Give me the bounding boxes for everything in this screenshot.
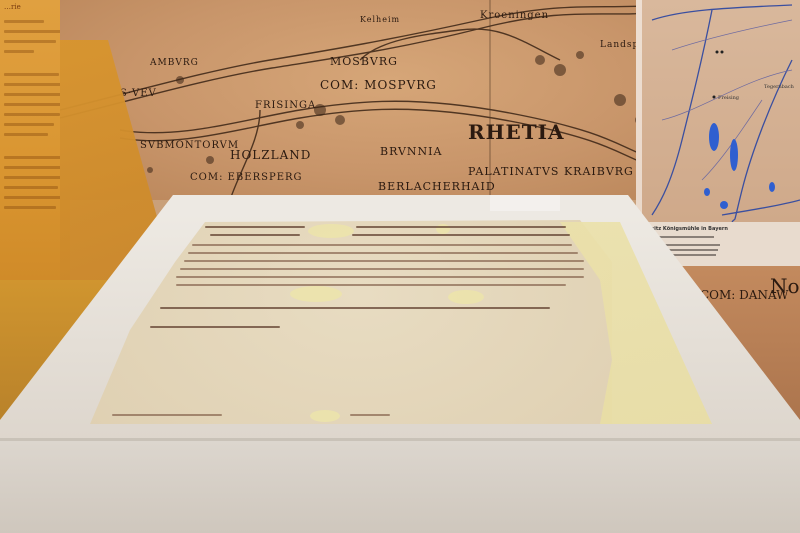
- museum-scene: …rie: [0, 0, 800, 533]
- map-label-kroeningen: Kroeningen: [480, 10, 549, 21]
- modern-map-drawing: [642, 0, 800, 222]
- map-label-holzland: HOLZLAND: [230, 148, 311, 162]
- modern-map-label-tegernbach: Tegernbach: [764, 84, 794, 90]
- info-panel-heading: …rie: [4, 3, 21, 11]
- map-label-rhetia: RHETIA: [468, 120, 565, 144]
- map-label-brunnia: BRVNNIA: [380, 145, 442, 158]
- modern-map-label-freising: Freising: [718, 95, 739, 101]
- case-front-face: [0, 441, 800, 533]
- map-label-mosburg: MOSBVRG: [330, 55, 398, 68]
- map-label-no: No: [770, 274, 800, 298]
- map-label-com-ebersperg: COM: EBERSPERG: [190, 172, 303, 183]
- map-label-kelheim: Kelheim: [360, 15, 400, 24]
- map-label-sueve: S·VEV: [120, 88, 157, 99]
- map-label-palatinatus: PALATINATVS KRAIBVRG: [468, 165, 634, 178]
- map-label-berlacherhaid: BERLACHERHAID: [378, 180, 496, 193]
- caption-title: Besitz Königsmühle in Bayern: [644, 226, 728, 232]
- map-label-com-mospurg: COM: MOSPVRG: [320, 78, 437, 92]
- info-panel-text: [4, 20, 66, 216]
- map-label-amburga: AMBVRG: [150, 58, 199, 68]
- map-label-frisinga: FRISINGA: [255, 100, 316, 111]
- map-label-submontorum: SVBMONTORVM: [140, 140, 239, 151]
- historic-map: MOSBVRG COM: MOSPVRG RHETIA HOLZLAND BRV…: [60, 0, 660, 200]
- modern-map: Freising Tegernbach: [636, 0, 800, 222]
